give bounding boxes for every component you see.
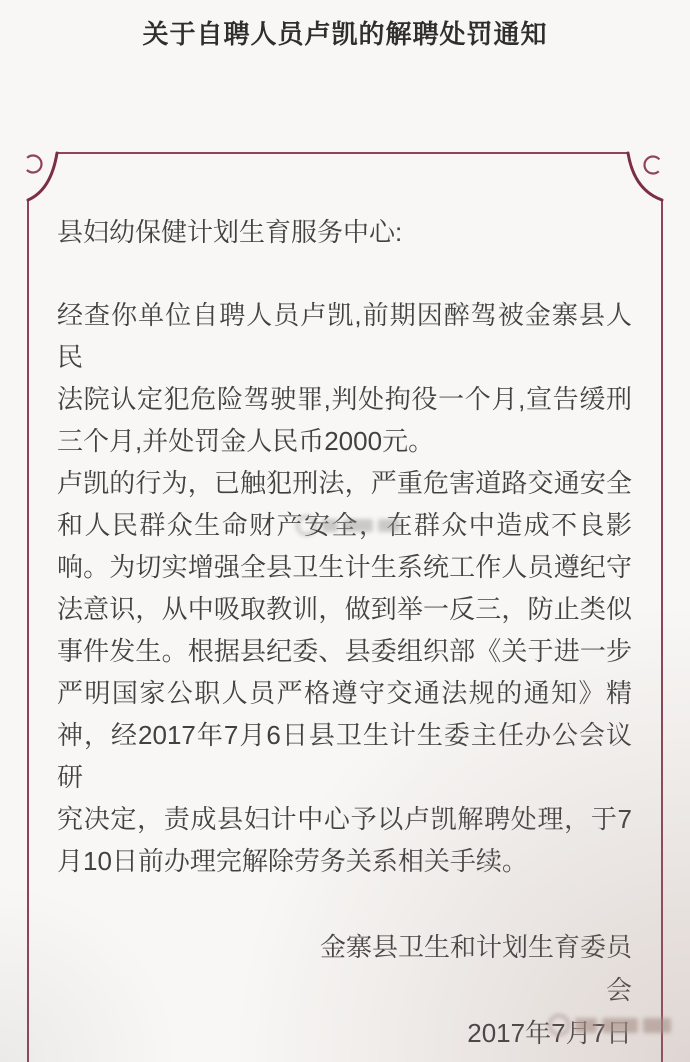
- frame-corner-arc-left: [28, 153, 57, 200]
- paragraph-1: 经查你单位自聘人员卢凯,前期因醉驾被金寨县人民法院认定犯危险驾驶罪,判处拘役一个…: [57, 294, 632, 462]
- salutation: 县妇幼保健计划生育服务中心:: [57, 211, 632, 253]
- corner-circle-ornament-right: [645, 157, 662, 174]
- paragraph-2: 卢凯的行为，已触犯刑法，严重危害道路交通安全和人民群众生命财产安全，在群众中造成…: [57, 462, 632, 882]
- signature-org-line2: 会: [57, 969, 632, 1012]
- corner-circle-ornament-left: [25, 156, 42, 173]
- signature-block: 金寨县卫生和计划生育委员 会 2017年7月7日: [57, 926, 632, 1055]
- notice-page: 关于自聘人员卢凯的解聘处罚通知 县妇幼保健计划生育服务中心: 经查你单位自聘人员…: [0, 0, 690, 1062]
- signature-org-line1: 金寨县卫生和计划生育委员: [57, 926, 632, 969]
- signature-date: 2017年7月7日: [57, 1012, 632, 1055]
